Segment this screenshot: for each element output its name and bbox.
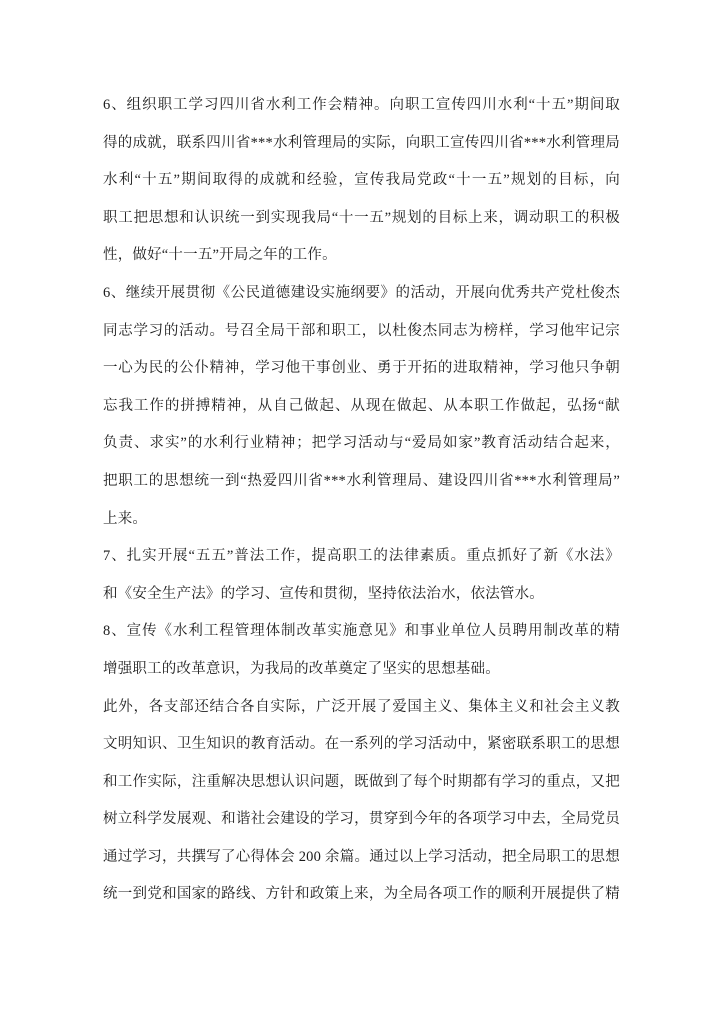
text-line: 和《安全生产法》的学习、宣传和贯彻，坚持依法治水，依法管水。 <box>103 576 620 614</box>
para-item-7-law-popularization: 7、扎实开展“五五”普法工作，提高职工的法律素质。重点抓好了新《水法》和《安全生… <box>103 538 620 613</box>
text-line: 性，做好“十一五”开局之年的工作。 <box>103 237 620 275</box>
text-line: 得的成就，联系四川省***水利管理局的实际，向职工宣传四川省***水利管理局 <box>103 125 620 163</box>
text-line: 一心为民的公仆精神，学习他干事创业、勇于开拓的进取精神，学习他只争朝夕、 <box>103 350 620 388</box>
text-line: 忘我工作的拼搏精神，从自己做起、从现在做起、从本职工作做起，弘扬“献身、 <box>103 388 620 426</box>
text-line: 通过学习，共撰写了心得体会 200 余篇。通过以上学习活动，把全局职工的思想 <box>103 839 620 877</box>
text-line: 水利“十五”期间取得的成就和经验，宣传我局党政“十一五”规划的目标，向 <box>103 162 620 200</box>
text-line: 职工把思想和认识统一到实现我局“十一五”规划的目标上来，调动职工的积极 <box>103 200 620 238</box>
para-item-8-reform-publicity: 8、宣传《水利工程管理体制改革实施意见》和事业单位人员聘用制改革的精神，增强职工… <box>103 613 620 688</box>
para-item-6-water-conference: 6、组织职工学习四川省水利工作会精神。向职工宣传四川水利“十五”期间取得的成就，… <box>103 87 620 275</box>
text-line: 6、继续开展贯彻《公民道德建设实施纲要》的活动，开展向优秀共产党杜俊杰 <box>103 275 620 313</box>
text-line: 上来。 <box>103 501 620 539</box>
document-page: 6、组织职工学习四川省水利工作会精神。向职工宣传四川水利“十五”期间取得的成就，… <box>0 0 721 1020</box>
text-line: 7、扎实开展“五五”普法工作，提高职工的法律素质。重点抓好了新《水法》 <box>103 538 620 576</box>
text-line: 负责、求实”的水利行业精神；把学习活动与“爱局如家”教育活动结合起来， <box>103 425 620 463</box>
text-line: 此外，各支部还结合各自实际，广泛开展了爱国主义、集体主义和社会主义教育； <box>103 689 620 727</box>
text-line: 6、组织职工学习四川省水利工作会精神。向职工宣传四川水利“十五”期间取 <box>103 87 620 125</box>
para-item-6-moral-construction: 6、继续开展贯彻《公民道德建设实施纲要》的活动，开展向优秀共产党杜俊杰同志学习的… <box>103 275 620 538</box>
text-line: 和工作实际，注重解决思想认识问题，既做到了每个时期都有学习的重点，又把 <box>103 764 620 802</box>
text-line: 树立科学发展观、和谐社会建设的学习，贯穿到今年的各项学习中去，全局党员 <box>103 801 620 839</box>
text-line: 增强职工的改革意识，为我局的改革奠定了坚实的思想基础。 <box>103 651 620 689</box>
text-line: 把职工的思想统一到“热爱四川省***水利管理局、建设四川省***水利管理局” <box>103 463 620 501</box>
text-line: 同志学习的活动。号召全局干部和职工，以杜俊杰同志为榜样，学习他牢记宗旨、 <box>103 313 620 351</box>
text-line: 统一到党和国家的路线、方针和政策上来，为全局各项工作的顺利开展提供了精 <box>103 876 620 914</box>
document-text-block: 6、组织职工学习四川省水利工作会精神。向职工宣传四川水利“十五”期间取得的成就，… <box>103 87 620 914</box>
para-additional-education: 此外，各支部还结合各自实际，广泛开展了爱国主义、集体主义和社会主义教育；文明知识… <box>103 689 620 915</box>
text-line: 8、宣传《水利工程管理体制改革实施意见》和事业单位人员聘用制改革的精神， <box>103 613 620 651</box>
text-line: 文明知识、卫生知识的教育活动。在一系列的学习活动中，紧密联系职工的思想 <box>103 726 620 764</box>
